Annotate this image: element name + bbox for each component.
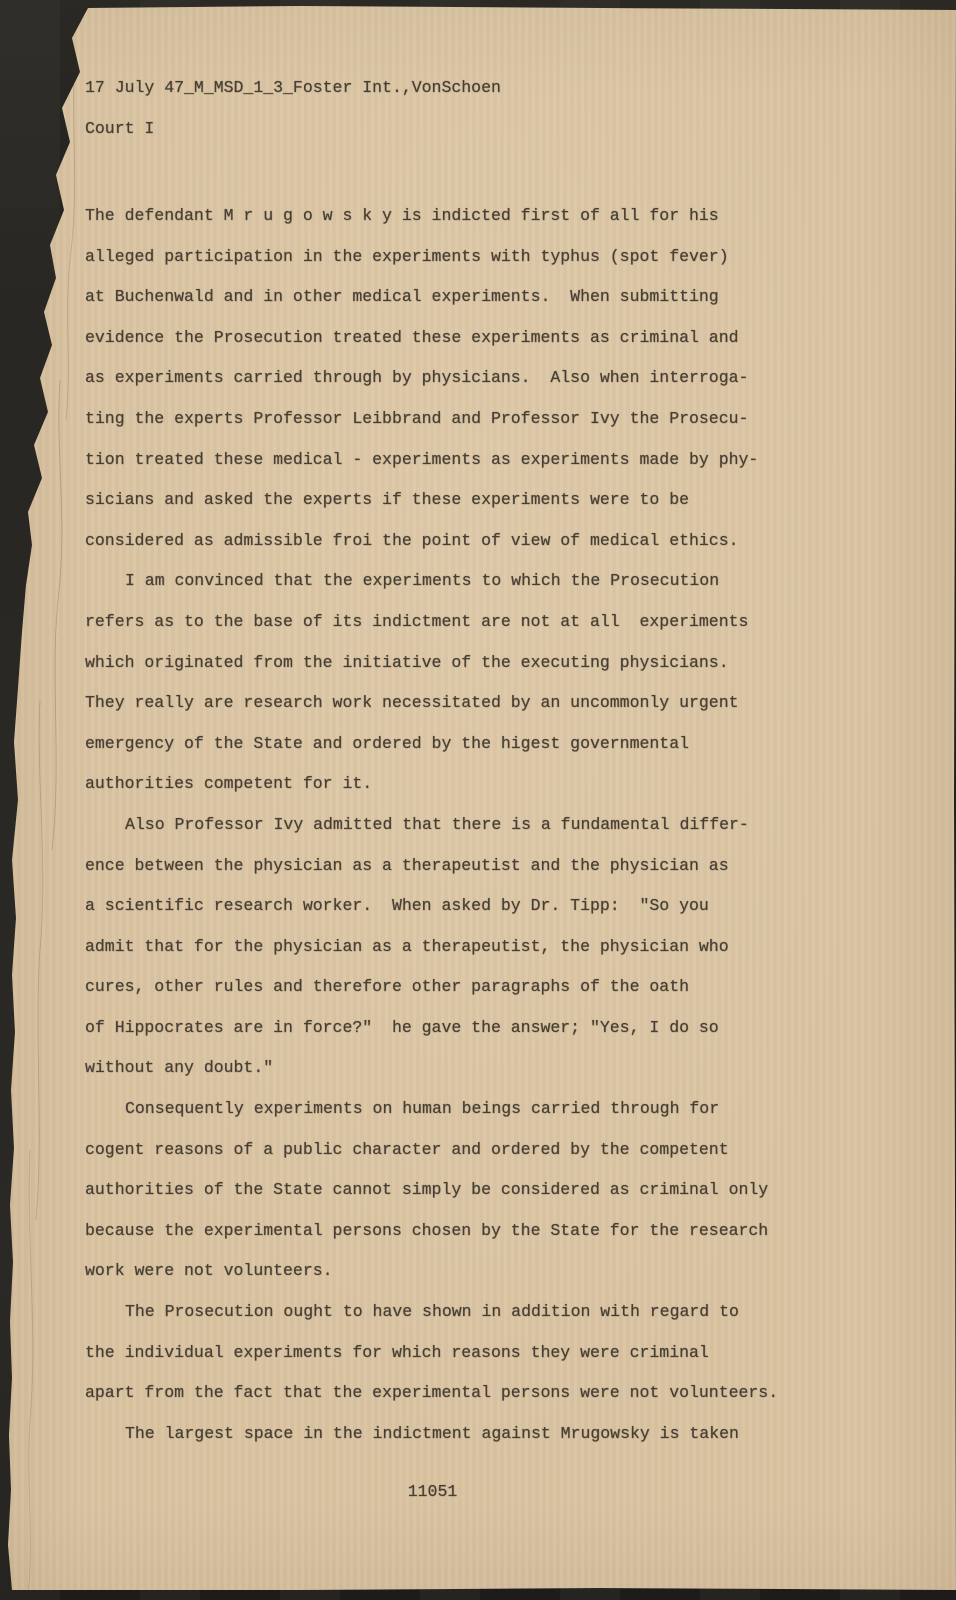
text-line: because the experimental persons chosen … (85, 1211, 825, 1252)
text-line: which originated from the initiative of … (85, 643, 825, 684)
text-line: sicians and asked the experts if these e… (85, 480, 825, 521)
text-line: admit that for the physician as a therap… (85, 927, 825, 968)
text-line: They really are research work necessitat… (85, 683, 825, 724)
text-line: authorities competent for it. (85, 764, 825, 805)
text-line: cures, other rules and therefore other p… (85, 967, 825, 1008)
text-line: Consequently experiments on human beings… (85, 1089, 825, 1130)
text-line: apart from the fact that the experimenta… (85, 1373, 825, 1414)
text-line: without any doubt." (85, 1048, 825, 1089)
text-line: Also Professor Ivy admitted that there i… (85, 805, 825, 846)
text-line: at Buchenwald and in other medical exper… (85, 277, 825, 318)
header-court-line: Court I (85, 109, 501, 150)
document-header: 17 July 47_M_MSD_1_3_Foster Int.,VonScho… (85, 68, 501, 149)
text-line: The Prosecution ought to have shown in a… (85, 1292, 825, 1333)
text-line: refers as to the base of its indictment … (85, 602, 825, 643)
page-number-value: 11051 (85, 1472, 780, 1513)
text-line: tion treated these medical - experiments… (85, 440, 825, 481)
text-line: The defendant M r u g o w s k y is indic… (85, 196, 825, 237)
text-line: cogent reasons of a public character and… (85, 1130, 825, 1171)
document-page: 17 July 47_M_MSD_1_3_Foster Int.,VonScho… (0, 0, 956, 1600)
text-line: ence between the physician as a therapeu… (85, 846, 825, 887)
text-line: a scientific research worker. When asked… (85, 886, 825, 927)
text-line: evidence the Prosecution treated these e… (85, 318, 825, 359)
text-line: as experiments carried through by physic… (85, 358, 825, 399)
text-line: ting the experts Professor Leibbrand and… (85, 399, 825, 440)
text-line: work were not volunteers. (85, 1251, 825, 1292)
document-body: The defendant M r u g o w s k y is indic… (85, 196, 825, 1454)
text-line: I am convinced that the experiments to w… (85, 561, 825, 602)
text-line: The largest space in the indictment agai… (85, 1414, 825, 1455)
text-line: considered as admissible froi the point … (85, 521, 825, 562)
text-line: emergency of the State and ordered by th… (85, 724, 825, 765)
text-line: authorities of the State cannot simply b… (85, 1170, 825, 1211)
header-reference-line: 17 July 47_M_MSD_1_3_Foster Int.,VonScho… (85, 68, 501, 109)
text-line: of Hippocrates are in force?" he gave th… (85, 1008, 825, 1049)
text-line: the individual experiments for which rea… (85, 1333, 825, 1374)
page-number: 11051 (85, 1472, 780, 1513)
text-line: alleged participation in the experiments… (85, 237, 825, 278)
